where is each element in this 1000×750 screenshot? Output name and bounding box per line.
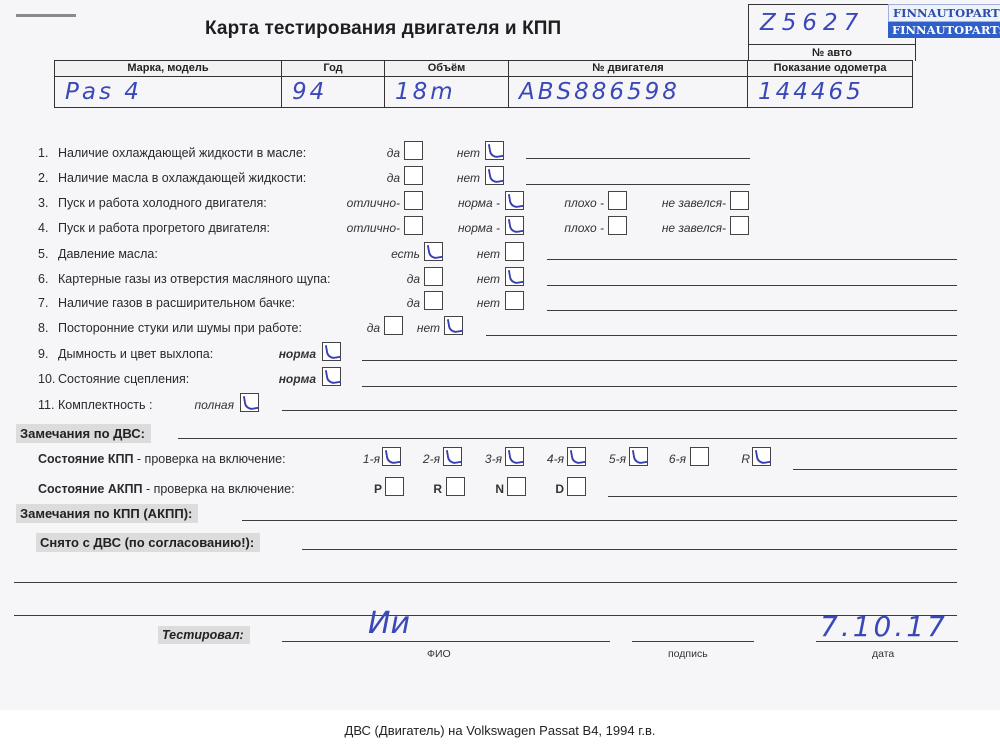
notes-line: [526, 184, 750, 185]
option-label: отлично-: [330, 196, 400, 210]
watermark-logo: FINNAUTOPARTS: [888, 4, 1000, 22]
gear-label: R: [730, 452, 750, 466]
checkbox-gear-4[interactable]: [567, 447, 586, 466]
gear-label: 4-я: [536, 452, 564, 466]
item-11: 11.Комплектность :: [38, 398, 152, 412]
mode-label: P: [362, 482, 382, 496]
notes-line: [362, 360, 957, 361]
auto-number-value: Z5627: [760, 10, 864, 36]
option-label: норма -: [440, 196, 500, 210]
test-card-document: Карта тестирования двигателя и КПП Z5627…: [0, 0, 1000, 710]
option-label: норма -: [440, 221, 500, 235]
auto-number-label: № авто: [748, 44, 916, 61]
checkbox-mode-n[interactable]: [507, 477, 526, 496]
notes-line: [547, 285, 957, 286]
gear-label: 5-я: [598, 452, 626, 466]
item-2: 2.Наличие масла в охлаждающей жидкости:: [38, 171, 306, 185]
checkbox-item2-no[interactable]: [485, 166, 504, 185]
gear-label: 2-я: [412, 452, 440, 466]
checkbox-gear-3[interactable]: [505, 447, 524, 466]
checkbox-item3-not-started[interactable]: [730, 191, 749, 210]
item-6: 6.Картерные газы из отверстия масляного …: [38, 272, 330, 286]
checkbox-item2-yes[interactable]: [404, 166, 423, 185]
notes-line: [793, 469, 957, 470]
option-label: нет: [460, 247, 500, 261]
engine-remarks-label: Замечания по ДВС:: [16, 424, 151, 443]
item-10: 10.Состояние сцепления:: [38, 372, 189, 386]
checkbox-item10-normal[interactable]: [322, 367, 341, 386]
vehicle-info-table: Марка, модель Год Объём № двигателя Пока…: [54, 60, 913, 108]
checkbox-item3-bad[interactable]: [608, 191, 627, 210]
image-caption: ДВС (Двигатель) на Volkswagen Passat B4,…: [0, 723, 1000, 738]
notes-line: [282, 410, 957, 411]
notes-line: [547, 310, 957, 311]
make-model-value: Pas 4: [55, 77, 282, 108]
option-label: не завелся-: [646, 221, 726, 235]
gearbox-remarks-label: Замечания по КПП (АКПП):: [16, 504, 198, 523]
odometer-value: 144465: [748, 77, 913, 108]
option-label: нет: [440, 146, 480, 160]
checkbox-item3-normal[interactable]: [505, 191, 524, 210]
item-3: 3.Пуск и работа холодного двигателя:: [38, 196, 267, 210]
engine-remarks-line[interactable]: [178, 438, 957, 439]
option-label: плохо -: [550, 196, 604, 210]
option-label: да: [370, 146, 400, 160]
year-value: 94: [282, 77, 385, 108]
checkbox-item4-bad[interactable]: [608, 216, 627, 235]
extra-notes-line[interactable]: [14, 582, 957, 583]
item-4: 4.Пуск и работа прогретого двигателя:: [38, 221, 270, 235]
checkbox-item7-yes[interactable]: [424, 291, 443, 310]
checkbox-gear-2[interactable]: [443, 447, 462, 466]
manual-gearbox-label: Состояние КПП - проверка на включение:: [38, 452, 286, 466]
gear-label: 1-я: [352, 452, 380, 466]
option-label: не завелся-: [646, 196, 726, 210]
item-8: 8.Посторонние стуки или шумы при работе:: [38, 321, 302, 335]
notes-line: [362, 386, 957, 387]
item-9: 9.Дымность и цвет выхлопа:: [38, 347, 213, 361]
option-label: полная: [180, 398, 234, 412]
checkbox-item1-no[interactable]: [485, 141, 504, 160]
decorative-dash: [16, 14, 76, 17]
col-make-model: Марка, модель: [55, 61, 282, 77]
name-line[interactable]: [282, 641, 610, 642]
checkbox-item5-absent[interactable]: [505, 242, 524, 261]
checkbox-item4-not-started[interactable]: [730, 216, 749, 235]
notes-line: [547, 259, 957, 260]
checkbox-gear-1[interactable]: [382, 447, 401, 466]
checkbox-gear-5[interactable]: [629, 447, 648, 466]
option-label: плохо -: [550, 221, 604, 235]
auto-gearbox-label: Состояние АКПП - проверка на включение:: [38, 482, 295, 496]
name-caption: ФИО: [427, 648, 451, 660]
notes-line: [608, 496, 957, 497]
col-odometer: Показание одометра: [748, 61, 913, 77]
checkbox-item5-present[interactable]: [424, 242, 443, 261]
checkbox-item3-excellent[interactable]: [404, 191, 423, 210]
checkbox-item7-no[interactable]: [505, 291, 524, 310]
option-label: нет: [405, 321, 440, 335]
col-year: Год: [282, 61, 385, 77]
removed-line[interactable]: [302, 549, 957, 550]
checkbox-item8-no[interactable]: [444, 316, 463, 335]
option-label: есть: [380, 247, 420, 261]
option-label: да: [390, 296, 420, 310]
checkbox-item9-normal[interactable]: [322, 342, 341, 361]
notes-line: [486, 335, 957, 336]
col-volume: Объём: [385, 61, 509, 77]
notes-line: [526, 158, 750, 159]
option-label: норма: [266, 347, 316, 361]
item-5: 5.Давление масла:: [38, 247, 158, 261]
tester-name-value: Ии: [368, 606, 410, 641]
mode-label: N: [482, 482, 504, 496]
gear-label: 3-я: [474, 452, 502, 466]
date-value: 7.10.17: [820, 610, 948, 643]
col-engine-number: № двигателя: [509, 61, 748, 77]
checkbox-item1-yes[interactable]: [404, 141, 423, 160]
option-label: нет: [460, 272, 500, 286]
option-label: отлично-: [330, 221, 400, 235]
item-1: 1.Наличие охлаждающей жидкости в масле:: [38, 146, 306, 160]
item-7: 7.Наличие газов в расширительном бачке:: [38, 296, 295, 310]
checkbox-item4-excellent[interactable]: [404, 216, 423, 235]
option-label: да: [350, 321, 380, 335]
volume-value: 18m: [385, 77, 509, 108]
form-title: Карта тестирования двигателя и КПП: [205, 18, 561, 40]
checkbox-mode-d[interactable]: [567, 477, 586, 496]
checkbox-item8-yes[interactable]: [384, 316, 403, 335]
tested-by-label: Тестировал:: [158, 626, 250, 644]
mode-label: R: [422, 482, 442, 496]
signature-line[interactable]: [632, 641, 754, 642]
extra-notes-line[interactable]: [14, 615, 957, 616]
checkbox-item11-complete[interactable]: [240, 393, 259, 412]
option-label: нет: [460, 296, 500, 310]
mode-label: D: [542, 482, 564, 496]
option-label: нет: [440, 171, 480, 185]
signature-caption: подпись: [668, 648, 708, 660]
date-caption: дата: [872, 648, 894, 660]
gearbox-remarks-line[interactable]: [242, 520, 957, 521]
checkbox-item6-no[interactable]: [505, 267, 524, 286]
option-label: да: [390, 272, 420, 286]
option-label: норма: [266, 372, 316, 386]
checkbox-mode-r[interactable]: [446, 477, 465, 496]
checkbox-item4-normal[interactable]: [505, 216, 524, 235]
engine-number-value: ABS886598: [509, 77, 748, 108]
checkbox-gear-6[interactable]: [690, 447, 709, 466]
watermark-logo-inverse: FINNAUTOPARTS: [888, 22, 1000, 38]
removed-from-engine-label: Снято с ДВС (по согласованию!):: [36, 533, 260, 552]
checkbox-gear-reverse[interactable]: [752, 447, 771, 466]
gear-label: 6-я: [658, 452, 686, 466]
option-label: да: [370, 171, 400, 185]
checkbox-mode-p[interactable]: [385, 477, 404, 496]
checkbox-item6-yes[interactable]: [424, 267, 443, 286]
